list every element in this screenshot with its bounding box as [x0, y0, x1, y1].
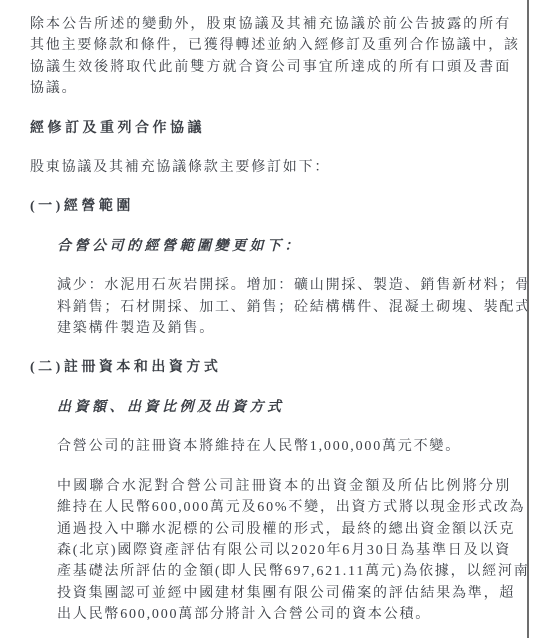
text-line: 中國聯合水泥對合營公司註冊資本的出資金額及所佔比例將分別 — [57, 476, 511, 497]
text-line: 除本公告所述的變動外，股東協議及其補充協議於前公告披露的所有 — [30, 14, 511, 35]
paragraph-business-scope-changes: 減少：水泥用石灰岩開採。增加：礦山開採、製造、銷售新材料；骨 料銷售；石材開採、… — [57, 275, 511, 339]
text-line: 建築構件製造及銷售。 — [57, 318, 511, 339]
text-line: 維持在人民幣600,000萬元及60%不變，出資方式將以現金形式改為 — [57, 497, 511, 518]
paragraph-contribution-details: 中國聯合水泥對合營公司註冊資本的出資金額及所佔比例將分別 維持在人民幣600,0… — [57, 476, 511, 626]
paragraph-amendments-intro: 股東協議及其補充協議條款主要修訂如下： — [30, 157, 511, 178]
subheading-contribution-amount-ratio-method: 出資額、出資比例及出資方式 — [57, 397, 511, 418]
subheading-business-scope-change: 合營公司的經營範圍變更如下： — [57, 236, 511, 257]
text-line: 其他主要條款和條件，已獲得轉述並納入經修訂及重列合作協議中，該 — [30, 35, 511, 56]
page-right-border — [527, 0, 529, 638]
text-line: 森(北京)國際資產評估有限公司以2020年6月30日為基準日及以資 — [57, 540, 511, 561]
text-line: 協議。 — [30, 78, 511, 99]
heading-amended-restated-cooperation-agreement: 經修訂及重列合作協議 — [30, 118, 511, 139]
announcement-document-page: 除本公告所述的變動外，股東協議及其補充協議於前公告披露的所有 其他主要條款和條件… — [0, 0, 540, 638]
text-line: 通過投入中聯水泥標的公司股權的形式，最終的總出資金額以沃克 — [57, 519, 511, 540]
text-line: 料銷售；石材開採、加工、銷售；砼結構構件、混凝土砌塊、裝配式 — [57, 297, 511, 318]
heading-item1-business-scope: (一)經營範圍 — [30, 196, 511, 217]
text-line: 投資集團認可並經中國建材集團有限公司備案的評估結果為準，超 — [57, 583, 511, 604]
text-line: 協議生效後將取代此前雙方就合資公司事宜所達成的所有口頭及書面 — [30, 57, 511, 78]
text-line: 出人民幣600,000萬部分將計入合營公司的資本公積。 — [57, 604, 511, 625]
text-line: 產基礎法所評估的金額(即人民幣697,621.11萬元)為依據，以經河南 — [57, 561, 511, 582]
text-line: 減少：水泥用石灰岩開採。增加：礦山開採、製造、銷售新材料；骨 — [57, 275, 511, 296]
paragraph-other-terms: 除本公告所述的變動外，股東協議及其補充協議於前公告披露的所有 其他主要條款和條件… — [30, 14, 511, 100]
heading-item2-registered-capital: (二)註冊資本和出資方式 — [30, 357, 511, 378]
paragraph-registered-capital-unchanged: 合營公司的註冊資本將維持在人民幣1,000,000萬元不變。 — [57, 436, 511, 457]
